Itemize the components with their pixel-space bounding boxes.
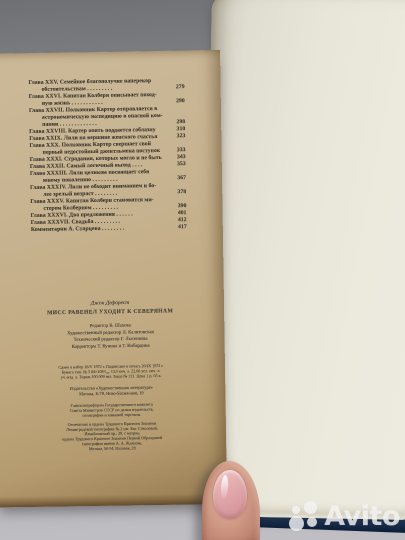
toc-row: Глава XXVII. Полковник Картер отправляет… (29, 105, 185, 128)
book-listing-photo: Глава XXV. Семейное благополучие наперек… (0, 0, 405, 540)
toc-page-number: 323 (177, 132, 186, 139)
imprint-block: Сдано в набор 18/V 1972 г. Подписано в п… (33, 363, 189, 380)
toc-page-number: 279 (176, 83, 185, 90)
avito-logo-dot (307, 517, 317, 527)
avito-logo-dot (304, 501, 317, 514)
avito-logo-icon (289, 501, 320, 532)
editorial-staff-block: Редактор В. ШаховаХудожественный редакто… (32, 321, 188, 351)
thumb-nail (213, 470, 247, 519)
publisher-block: Издательство «Художественная литература»… (33, 384, 189, 397)
staff-line: Корректоры Т. Кунина и Т. Кибардина (33, 341, 189, 350)
toc-page-number: 290 (176, 97, 185, 104)
printing-house-block: Отпечатано в ордена Трудового Красного З… (34, 420, 190, 452)
imprint-line: уч.-изд. л. Тираж 100 000 экз. Заказ № 1… (33, 373, 189, 380)
book-title: МИСС РАВЕНЕЛ УХОДИТ К СЕВЕРЯНАМ (32, 308, 188, 317)
toc-page-number: 378 (177, 188, 186, 195)
toc-page-number: 367 (177, 174, 186, 181)
toc-entry-text: Комментарии А. Старцева . . . . . . . . (31, 224, 173, 233)
colophon: Джон Дефорест МИСС РАВЕНЕЛ УХОДИТ К СЕВЕ… (32, 299, 190, 453)
toc-entry-text: Глава XXVII. Полковник Картер отправляет… (29, 105, 171, 128)
printing-line: полиграфии и книжной торговли. (34, 411, 190, 418)
avito-logo-dot (289, 516, 304, 531)
toc-page-number: 353 (177, 160, 186, 167)
toc-page-number: 417 (178, 223, 187, 230)
blank-right-page (202, 0, 405, 520)
printing-committee-block: Главполиграфпром Государственного комите… (34, 402, 190, 419)
page-text: Глава XXV. Семейное благополучие наперек… (28, 77, 190, 453)
avito-logo-dot (292, 506, 300, 514)
table-of-contents: Глава XXV. Семейное благополучие наперек… (28, 77, 186, 233)
avito-watermark: Avito (289, 501, 400, 532)
publisher-line: Москва, Б-78, Ново-Басманная, 19 (33, 389, 189, 397)
contents-page: Глава XXV. Семейное благополучие наперек… (0, 50, 227, 508)
author-name: Джон Дефорест (32, 299, 188, 307)
toc-row: Комментарии А. Старцева . . . . . . . . … (31, 224, 187, 233)
printing-line: Москва, М-54, Валовая, 28 (34, 445, 190, 452)
avito-wordmark: Avito (324, 503, 400, 530)
